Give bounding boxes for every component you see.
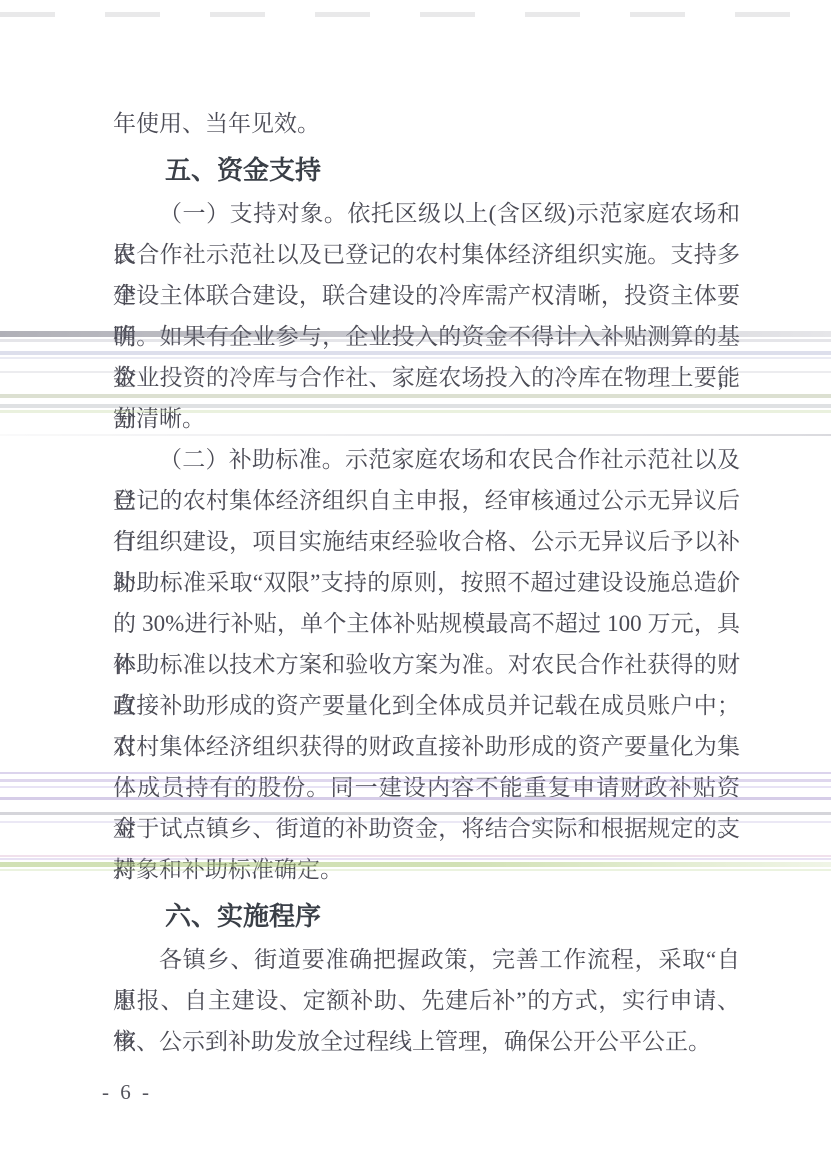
document-body: 年使用、当年见效。五、资金支持（一）支持对象。依托区级以上(含区级)示范家庭农场… (113, 103, 740, 1062)
text-line: 体成员持有的股份。同一建设内容不能重复申请财政补贴资金。 (113, 767, 740, 808)
text-line: 建设主体联合建设，联合建设的冷库需产权清晰，投资主体要明 (113, 275, 740, 316)
document-page: 年使用、当年见效。五、资金支持（一）支持对象。依托区级以上(含区级)示范家庭农场… (0, 0, 831, 1168)
text-line: （二）补助标准。示范家庭农场和农民合作社示范社以及已 (113, 439, 740, 480)
text-line: 割清晰。 (113, 398, 740, 439)
text-line: 对于试点镇乡、街道的补助资金，将结合实际和根据规定的支持 (113, 808, 740, 849)
text-line: 各镇乡、街道要准确把握政策，完善工作流程，采取“自愿 (113, 939, 740, 980)
text-line: 补助标准采取“双限”支持的原则，按照不超过建设设施总造价 (113, 562, 740, 603)
section-heading: 六、实施程序 (113, 896, 740, 937)
section-heading: 五、资金支持 (113, 150, 740, 191)
text-line: 核、公示到补助发放全过程线上管理，确保公开公平公正。 (113, 1021, 740, 1062)
text-line: 民合作社示范社以及已登记的农村集体经济组织实施。支持多个 (113, 234, 740, 275)
text-line: （一）支持对象。依托区级以上(含区级)示范家庭农场和农 (113, 193, 740, 234)
text-line: 直接补助形成的资产要量化到全体成员并记载在成员账户中；对 (113, 685, 740, 726)
text-line: 确。如果有企业参与，企业投入的资金不得计入补贴测算的基数， (113, 316, 740, 357)
text-line: 登记的农村集体经济组织自主申报，经审核通过公示无异议后自 (113, 480, 740, 521)
text-line: 农村集体经济组织获得的财政直接补助形成的资产要量化为集 (113, 726, 740, 767)
page-number: - 6 - (102, 1080, 152, 1105)
text-line: 补助标准以技术方案和验收方案为准。对农民合作社获得的财政 (113, 644, 740, 685)
text-line: 申报、自主建设、定额补助、先建后补”的方式，实行申请、审 (113, 980, 740, 1021)
text-line: 行组织建设，项目实施结束经验收合格、公示无异议后予以补助。 (113, 521, 740, 562)
text-line: 对象和补助标准确定。 (113, 849, 740, 890)
scan-artifact-top-smudge (0, 12, 831, 17)
text-line: 年使用、当年见效。 (113, 103, 740, 144)
text-line: 的 30%进行补贴，单个主体补贴规模最高不超过 100 万元，具体 (113, 603, 740, 644)
text-line: 企业投资的冷库与合作社、家庭农场投入的冷库在物理上要能分 (113, 357, 740, 398)
